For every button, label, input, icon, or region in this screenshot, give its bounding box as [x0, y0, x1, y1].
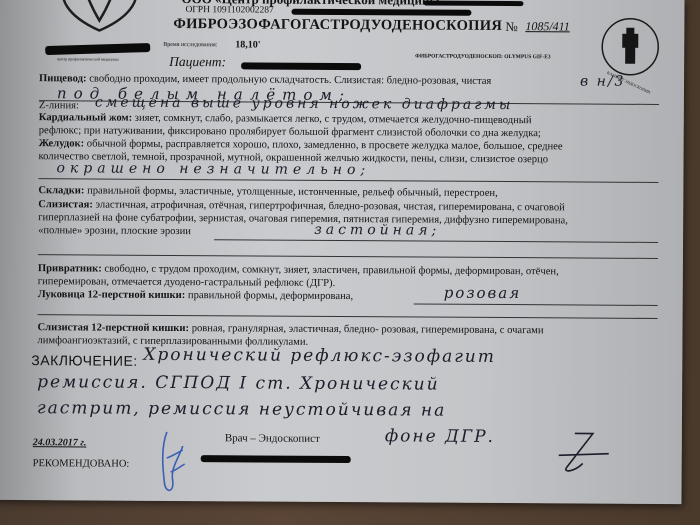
redacted-logo-name	[45, 43, 150, 55]
doctor-signature-icon	[152, 428, 190, 498]
endoscopy-report-sheet: центр профилактической медицины ООО «Цен…	[0, 0, 685, 504]
recommended-label: РЕКОМЕНДОВАНО:	[33, 458, 130, 470]
redacted-org-contacts	[291, 9, 471, 16]
cardia-label: Кардиальный жом:	[39, 112, 132, 124]
folds-label: Складки:	[38, 185, 84, 196]
pylorus-label: Привратник:	[38, 263, 102, 274]
patient-label: Пациент:	[169, 54, 226, 70]
exam-time-label: Время исследования:	[163, 42, 217, 48]
report-title: ФИБРОЭЗОФАГОГАСТРОДУОДЕНОСКОПИЯ	[173, 16, 502, 35]
divider	[214, 239, 658, 243]
doctor-label: Врач – Эндоскопист	[225, 432, 320, 445]
stomach-handwritten: окрашено незначительно;	[56, 160, 370, 178]
conclusion-line-2: ремиссия. СГПОД I ст. Хронический	[37, 372, 440, 394]
bulb-label: Луковица 12-перстной кишки:	[38, 289, 186, 301]
divider	[38, 178, 658, 183]
report-date: 24.03.2017 г.	[33, 437, 87, 448]
conclusion-label: ЗАКЛЮЧЕНИЕ:	[31, 352, 137, 369]
duodenum-label: Слизистая 12-перстной кишки:	[37, 322, 189, 334]
divider	[38, 254, 658, 259]
divider	[414, 303, 658, 305]
esophagus-handwritten-location: в н/3	[580, 73, 626, 89]
mucosa-label: Слизистая:	[38, 199, 93, 210]
exam-time: 18,10'	[235, 39, 260, 50]
zline-handwritten: смещена выше уровня ножек диафрагмы	[95, 95, 514, 114]
bulb-section: Луковица 12-перстной кишки: правильной ф…	[38, 288, 354, 303]
conclusion-line-1: Хронический рефлюкс-эзофагит	[143, 345, 496, 367]
duodenum-text-1: ровная, гранулярная, эластичная, бледно-…	[192, 323, 544, 336]
endoscopy-cabinet-stamp-icon	[599, 16, 661, 78]
report-number: 1085/411	[525, 19, 570, 34]
redacted-patient-name	[241, 62, 361, 70]
zline-label: Z-линия:	[39, 100, 79, 111]
mucosa-text-3: «полные» эрозии, плоские эрозии	[38, 224, 191, 238]
report-number-label: №	[505, 19, 518, 35]
handwritten-signature-icon	[553, 427, 633, 475]
redacted-doctor-name	[201, 455, 351, 463]
esophagus-label: Пищевод:	[39, 73, 87, 84]
mucosa-handwritten: застойная;	[314, 222, 440, 239]
logo-caption: центр профилактической медицины	[57, 56, 118, 61]
conclusion-line-4: фоне ДГР.	[385, 426, 495, 447]
bulb-text: правильной формы, деформирована,	[188, 290, 353, 302]
redacted-org-address	[423, 1, 523, 7]
folds-text: правильной формы, эластичные, утолщенные…	[87, 185, 498, 199]
stomach-label: Желудок:	[39, 138, 85, 149]
photo-background: центр профилактической медицины ООО «Цен…	[0, 0, 700, 525]
conclusion-line-3: гастрит, ремиссия неустойчивая на	[37, 398, 446, 420]
clinic-heart-logo-icon	[53, 0, 145, 35]
divider	[38, 314, 658, 319]
endoscope-model: ФИБРОГАСТРОДУОДЕНОСКОП: OLYMPUS GIF-E3	[415, 53, 551, 60]
ogrn: ОГРН 1091102002287	[185, 5, 273, 16]
bulb-handwritten: розовая	[444, 284, 522, 302]
